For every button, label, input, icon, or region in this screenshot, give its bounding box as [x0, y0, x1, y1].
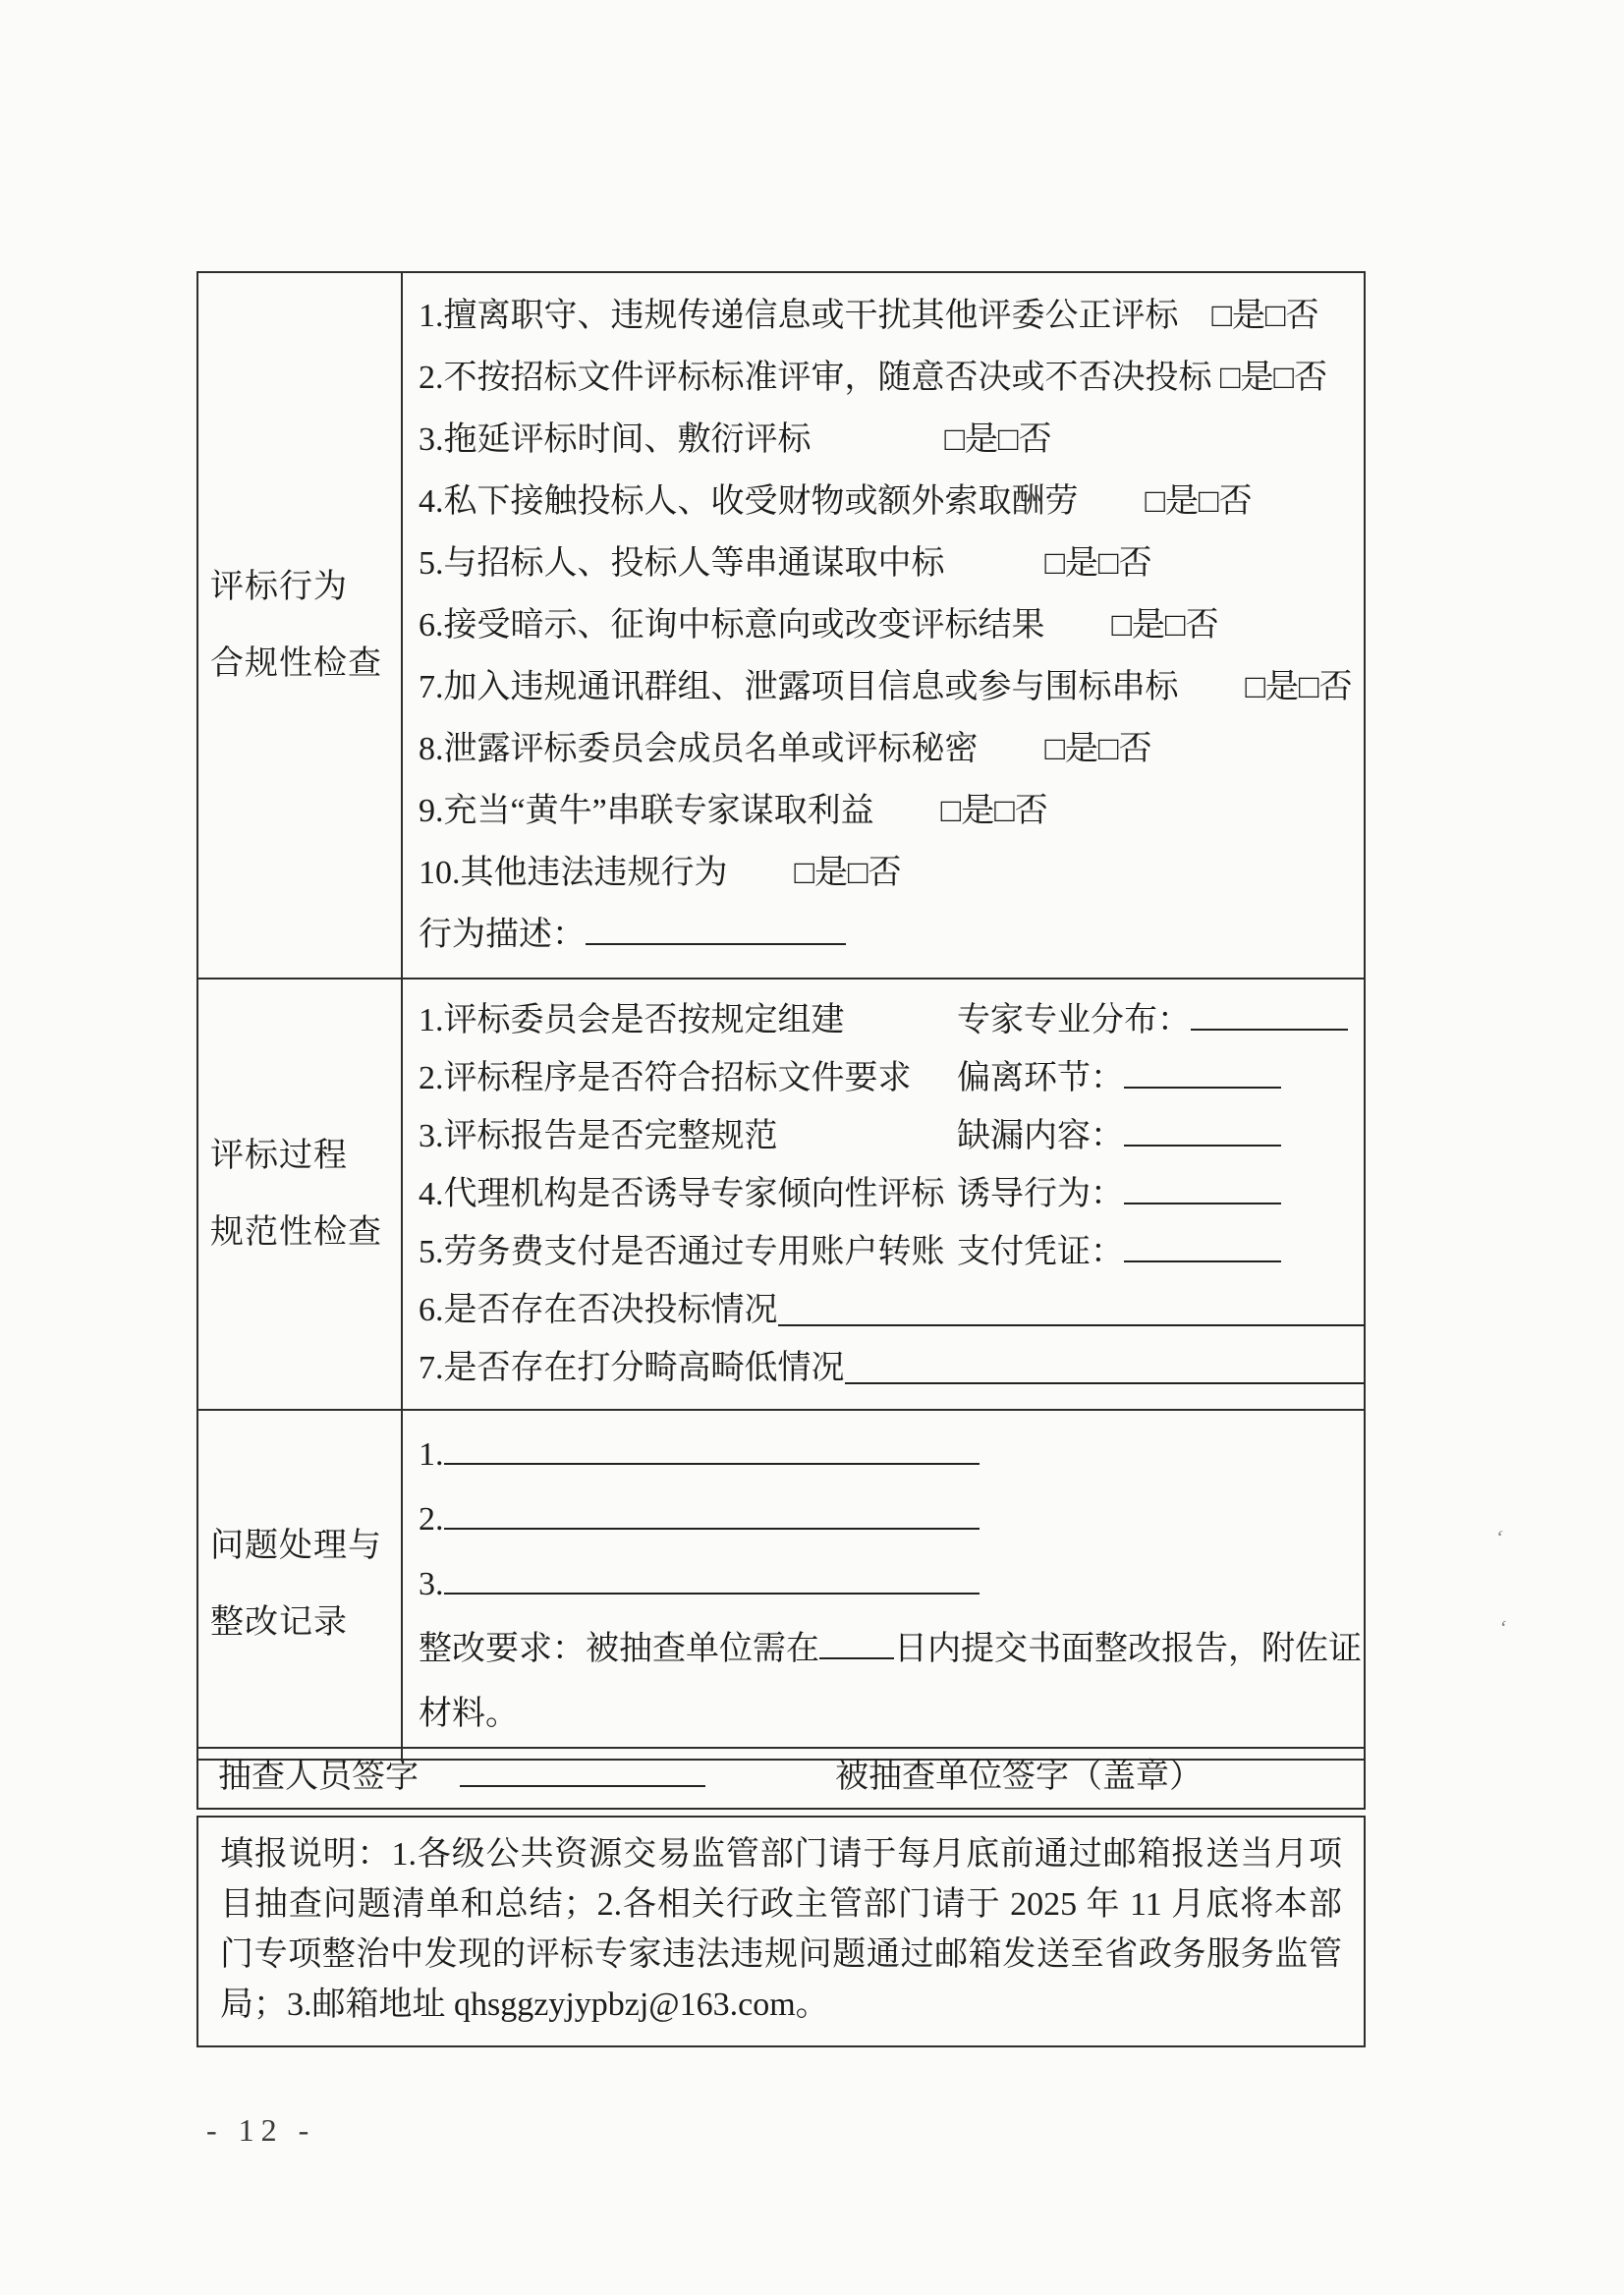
checklist-item: 3.拖延评标时间、敷衍评标 □是□否	[419, 409, 1344, 471]
checklist-item: 9.充当“黄牛”串联专家谋取利益 □是□否	[419, 780, 1344, 842]
section-issue-rectification: 问题处理与 整改记录 1. 2. 3. 整改要求：被抽查单位需在日内提交书面整改…	[198, 1411, 1364, 1759]
signature-underline	[460, 1781, 705, 1787]
checklist-item: 4.代理机构是否诱导专家倾向性评标诱导行为：	[419, 1165, 1344, 1223]
blank-underline	[1124, 1199, 1281, 1204]
section-process-standard: 评标过程 规范性检查 1.评标委员会是否按规定组建专家专业分布： 2.评标程序是…	[198, 980, 1364, 1411]
sub-field: 偏离环节：	[957, 1049, 1281, 1107]
section-body: 1. 2. 3. 整改要求：被抽查单位需在日内提交书面整改报告，附佐证 材料。	[403, 1411, 1364, 1759]
blank-underline	[819, 1653, 894, 1659]
blank-underline	[444, 1459, 980, 1465]
blank-underline	[1191, 1025, 1348, 1031]
blank-underline	[444, 1589, 980, 1595]
blank-underline	[586, 939, 846, 945]
unit-signature-label: 被抽查单位签字（盖章）	[835, 1759, 1203, 1795]
checklist-item: 5.与招标人、投标人等串通谋取中标 □是□否	[419, 532, 1344, 594]
blank-underline	[444, 1524, 980, 1530]
checklist-item: 6.是否存在否决投标情况	[419, 1281, 1344, 1339]
sub-field: 专家专业分布：	[957, 991, 1348, 1049]
sub-field: 诱导行为：	[957, 1165, 1281, 1223]
sub-field: 缺漏内容：	[957, 1107, 1281, 1165]
issue-entry-line: 1.	[419, 1423, 1344, 1487]
section-body: 1.评标委员会是否按规定组建专家专业分布： 2.评标程序是否符合招标文件要求偏离…	[403, 980, 1364, 1409]
checklist-item: 1.擅离职守、违规传递信息或干扰其他评委公正评标 □是□否	[419, 285, 1344, 347]
blank-underline	[1124, 1083, 1281, 1089]
checklist-item: 10.其他违法违规行为 □是□否	[419, 842, 1344, 904]
section-behavior-compliance: 评标行为 合规性检查 1.擅离职守、违规传递信息或干扰其他评委公正评标 □是□否…	[198, 273, 1364, 980]
section-body: 1.擅离职守、违规传递信息或干扰其他评委公正评标 □是□否 2.不按招标文件评标…	[403, 273, 1364, 978]
section-label: 评标行为 合规性检查	[198, 273, 403, 978]
scanned-form-page: 评标行为 合规性检查 1.擅离职守、违规传递信息或干扰其他评委公正评标 □是□否…	[0, 0, 1624, 2295]
blank-underline	[778, 1281, 1365, 1326]
checklist-item: 6.接受暗示、征询中标意向或改变评标结果 □是□否	[419, 594, 1344, 656]
section-label-line: 问题处理与	[210, 1508, 401, 1585]
checklist-item: 7.是否存在打分畸高畸低情况	[419, 1339, 1344, 1397]
scan-artifact: ʻ	[1497, 1615, 1509, 1642]
checklist-item: 2.评标程序是否符合招标文件要求偏离环节：	[419, 1049, 1344, 1107]
checklist-item: 1.评标委员会是否按规定组建专家专业分布：	[419, 991, 1344, 1049]
sub-field: 支付凭证：	[957, 1223, 1281, 1281]
page-number: - 12 -	[206, 2112, 315, 2149]
section-label: 评标过程 规范性检查	[198, 980, 403, 1409]
checklist-item: 4.私下接触投标人、收受财物或额外索取酬劳 □是□否	[419, 471, 1344, 532]
filing-instructions: 填报说明：1.各级公共资源交易监管部门请于每月底前通过邮箱报送当月项目抽查问题清…	[196, 1816, 1366, 2047]
behavior-description-field: 行为描述：	[419, 904, 1344, 966]
rectification-requirement: 整改要求：被抽查单位需在日内提交书面整改报告，附佐证	[419, 1617, 1344, 1682]
section-label-line: 规范性检查	[210, 1195, 401, 1271]
checklist-item: 7.加入违规通讯群组、泄露项目信息或参与围标串标 □是□否	[419, 656, 1344, 718]
checklist-item: 2.不按招标文件评标标准评审，随意否决或不否决投标 □是□否	[419, 347, 1344, 409]
section-label-line: 整改记录	[210, 1585, 401, 1661]
issue-entry-line: 3.	[419, 1552, 1344, 1617]
inspector-signature-label: 抽查人员签字	[218, 1759, 419, 1795]
blank-underline	[1124, 1141, 1281, 1147]
section-label-line: 评标过程	[210, 1118, 401, 1195]
inspection-table: 评标行为 合规性检查 1.擅离职守、违规传递信息或干扰其他评委公正评标 □是□否…	[196, 271, 1366, 1761]
blank-underline	[1124, 1257, 1281, 1262]
section-label: 问题处理与 整改记录	[198, 1411, 403, 1759]
scan-artifact: ʻ	[1491, 1525, 1506, 1551]
rectification-requirement-cont: 材料。	[419, 1682, 1344, 1747]
signature-row: 抽查人员签字被抽查单位签字（盖章）	[196, 1747, 1366, 1810]
checklist-item: 3.评标报告是否完整规范缺漏内容：	[419, 1107, 1344, 1165]
checklist-item: 8.泄露评标委员会成员名单或评标秘密 □是□否	[419, 718, 1344, 780]
checklist-item: 5.劳务费支付是否通过专用账户转账支付凭证：	[419, 1223, 1344, 1281]
section-label-line: 评标行为	[210, 549, 401, 626]
issue-entry-line: 2.	[419, 1487, 1344, 1552]
blank-underline	[845, 1339, 1365, 1384]
section-label-line: 合规性检查	[210, 626, 401, 702]
